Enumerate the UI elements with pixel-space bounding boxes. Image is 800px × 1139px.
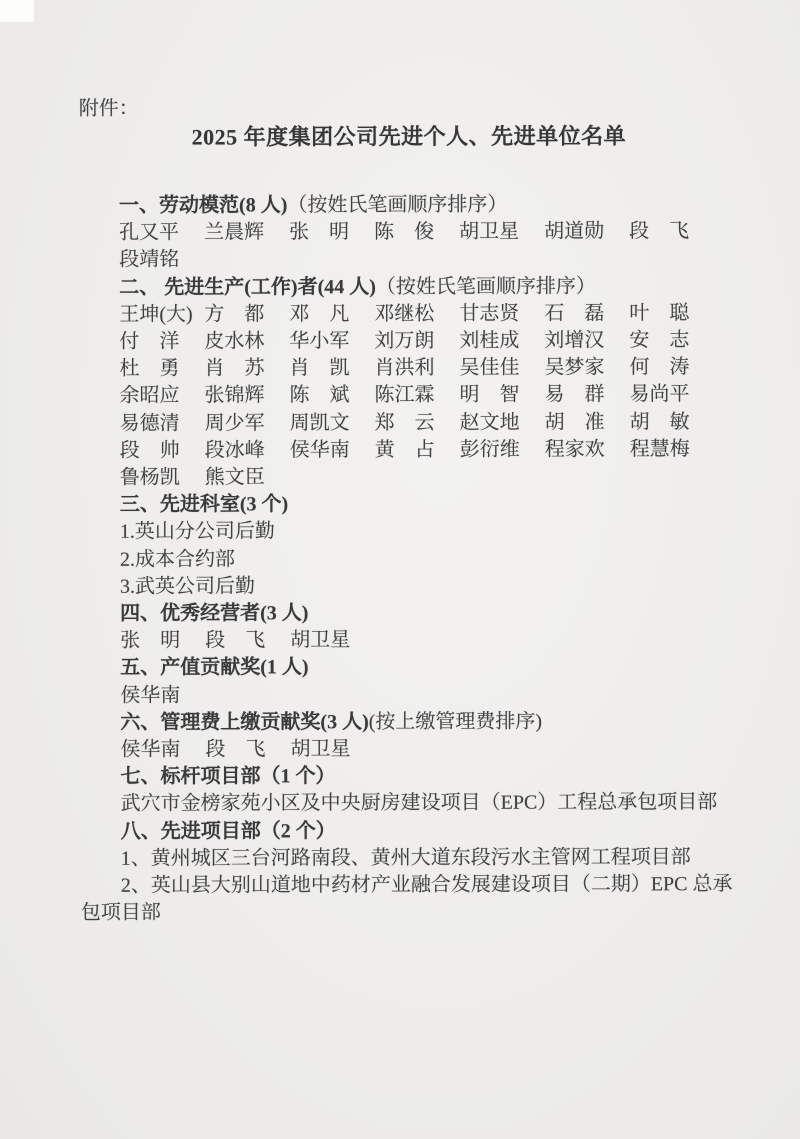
person-name: 华小军	[289, 328, 374, 355]
section-excellent-operators: 四、优秀经营者(3 人) 张 明段 飞胡卫星	[80, 599, 740, 655]
section-labor-models: 一、劳动模范(8 人)（按姓氏笔画顺序排序） 孔又平兰晨辉张 明陈 俊胡卫星胡道…	[79, 191, 739, 274]
body-line: 2.成本合约部	[80, 545, 740, 574]
body-line: 2、英山县大别山道地中药材产业融合发展建设项目（二期）EPC 总承包项目部	[81, 871, 741, 927]
body-line: 1、黄州城区三台河路南段、黄州大道东段污水主管网工程项目部	[81, 844, 741, 873]
person-name: 胡 准	[545, 409, 630, 436]
person-name: 胡卫星	[290, 627, 375, 654]
line-list: 1、黄州城区三台河路南段、黄州大道东段污水主管网工程项目部2、英山县大别山道地中…	[81, 844, 741, 927]
section-heading: 六、管理费上缴贡献奖(3 人)(按上缴管理费排序)	[80, 708, 740, 737]
person-name: 张 明	[289, 219, 374, 246]
person-name: 王坤(大)	[119, 301, 204, 328]
person-name: 皮水林	[204, 328, 289, 355]
heading-bold: 三、先进科室(3 个)	[120, 494, 288, 516]
person-name: 余昭应	[120, 383, 205, 410]
person-name: 赵文地	[460, 409, 545, 436]
heading-suffix: (按上缴管理费排序)	[369, 710, 542, 732]
line-list: 1.英山分公司后勤2.成本合约部3.武英公司后勤	[80, 518, 740, 601]
person-name: 肖 苏	[204, 356, 289, 383]
person-name: 易德清	[120, 410, 205, 437]
body-line: 3.武英公司后勤	[80, 572, 740, 601]
person-name: 侯华南	[120, 737, 205, 764]
person-name: 陈江霖	[375, 382, 460, 409]
heading-suffix: （按姓氏笔画顺序排序）	[376, 275, 596, 298]
line-list: 侯华南	[80, 681, 740, 710]
section-advanced-project-depts: 八、先进项目部（2 个） 1、黄州城区三台河路南段、黄州大道东段污水主管网工程项…	[81, 817, 741, 928]
person-name: 何 涛	[629, 354, 714, 381]
name-row: 段靖铭	[119, 246, 739, 275]
attachment-label: 附件：	[79, 93, 739, 123]
line-list: 武穴市金榜家苑小区及中央厨房建设项目（EPC）工程总承包项目部	[81, 790, 741, 819]
person-name: 段 帅	[120, 437, 205, 464]
heading-bold: 四、优秀经营者(3 人)	[120, 602, 308, 624]
person-name: 黄 占	[375, 437, 460, 464]
person-name: 明 智	[460, 382, 545, 409]
body-line: 侯华南	[80, 681, 740, 710]
person-name: 胡 敏	[630, 409, 715, 436]
name-row: 段 帅段冰峰侯华南黄 占彭衍维程家欢程慧梅	[120, 436, 740, 465]
name-row: 杜 勇肖 苏肖 凯肖洪利吴佳佳吴梦家何 涛	[119, 354, 739, 383]
person-name: 周凯文	[290, 410, 375, 437]
person-name: 兰晨辉	[204, 219, 289, 246]
heading-bold: 六、管理费上缴贡献奖(3 人)	[120, 711, 368, 734]
person-name: 陈 斌	[290, 382, 375, 409]
section-heading: 八、先进项目部（2 个）	[81, 817, 741, 846]
person-name: 刘万朗	[374, 328, 459, 355]
person-name: 胡卫星	[290, 736, 375, 763]
name-row: 余昭应张锦辉陈 斌陈江霖明 智易 群易尚平	[120, 382, 740, 411]
section-heading: 五、产值贡献奖(1 人)	[80, 654, 740, 683]
name-row: 孔又平兰晨辉张 明陈 俊胡卫星胡道勋段 飞	[119, 218, 739, 247]
heading-bold: 八、先进项目部（2 个）	[121, 820, 336, 843]
heading-suffix: （按姓氏笔画顺序排序）	[287, 194, 507, 217]
person-name: 郑 云	[375, 409, 460, 436]
name-row: 鲁杨凯熊文臣	[120, 463, 740, 492]
scanned-document-page: 附件： 2025 年度集团公司先进个人、先进单位名单 一、劳动模范(8 人)（按…	[0, 0, 800, 1139]
heading-bold: 二、 先进生产(工作)者(44 人)	[119, 276, 376, 299]
person-name: 段靖铭	[119, 247, 204, 274]
section-heading: 一、劳动模范(8 人)（按姓氏笔画顺序排序）	[79, 191, 739, 220]
heading-bold: 一、劳动模范(8 人)	[119, 194, 287, 216]
person-name: 侯华南	[290, 437, 375, 464]
section-advanced-producers: 二、 先进生产(工作)者(44 人)（按姓氏笔画顺序排序） 王坤(大)方 都邓 …	[79, 273, 740, 492]
person-name: 鲁杨凯	[120, 465, 205, 492]
person-name: 程家欢	[545, 436, 630, 463]
name-grid: 孔又平兰晨辉张 明陈 俊胡卫星胡道勋段 飞段靖铭	[119, 218, 739, 274]
person-name: 胡道勋	[544, 219, 629, 246]
person-name: 段 飞	[629, 218, 714, 245]
section-heading: 七、标杆项目部（1 个）	[81, 762, 741, 791]
name-row: 易德清周少军周凯文郑 云赵文地胡 准胡 敏	[120, 409, 740, 438]
person-name: 吴梦家	[544, 355, 629, 382]
person-name: 甘志贤	[459, 300, 544, 327]
person-name: 刘增汉	[544, 327, 629, 354]
person-name: 易 群	[545, 382, 630, 409]
name-row: 王坤(大)方 都邓 凡邓继松甘志贤石 磊叶 聪	[119, 300, 739, 329]
name-row: 付 洋皮水林华小军刘万朗刘桂成刘增汉安 志	[119, 327, 739, 356]
person-name: 邓继松	[374, 301, 459, 328]
document-title: 2025 年度集团公司先进个人、先进单位名单	[79, 121, 739, 153]
body-line: 1.英山分公司后勤	[80, 518, 740, 547]
name-grid: 张 明段 飞胡卫星	[120, 626, 740, 655]
person-name: 段冰峰	[205, 437, 290, 464]
name-row: 侯华南段 飞胡卫星	[120, 735, 740, 764]
person-name: 熊文臣	[205, 464, 290, 491]
person-name: 段 飞	[205, 736, 290, 763]
document-body: 附件： 2025 年度集团公司先进个人、先进单位名单 一、劳动模范(8 人)（按…	[0, 0, 800, 1139]
person-name: 周少军	[205, 410, 290, 437]
person-name: 段 飞	[205, 628, 290, 655]
person-name: 杜 勇	[119, 356, 204, 383]
person-name: 石 磊	[544, 300, 629, 327]
person-name: 付 洋	[119, 329, 204, 356]
person-name: 程慧梅	[630, 436, 715, 463]
person-name: 陈 俊	[374, 219, 459, 246]
section-heading: 四、优秀经营者(3 人)	[80, 599, 740, 628]
person-name: 刘桂成	[459, 328, 544, 355]
name-grid: 王坤(大)方 都邓 凡邓继松甘志贤石 磊叶 聪付 洋皮水林华小军刘万朗刘桂成刘增…	[119, 300, 739, 492]
heading-bold: 七、标杆项目部（1 个）	[121, 765, 336, 788]
name-grid: 侯华南段 飞胡卫星	[120, 735, 740, 764]
person-name: 张锦辉	[205, 383, 290, 410]
person-name: 方 都	[204, 301, 289, 328]
person-name: 易尚平	[630, 382, 715, 409]
section-heading: 三、先进科室(3 个)	[80, 490, 740, 519]
name-row: 张 明段 飞胡卫星	[120, 626, 740, 655]
person-name: 肖 凯	[289, 355, 374, 382]
person-name: 孔又平	[119, 220, 204, 247]
person-name: 叶 聪	[629, 300, 714, 327]
heading-bold: 五、产值贡献奖(1 人)	[120, 657, 308, 679]
section-management-fee-award: 六、管理费上缴贡献奖(3 人)(按上缴管理费排序) 侯华南段 飞胡卫星	[80, 708, 740, 764]
person-name: 张 明	[120, 628, 205, 655]
section-output-value-award: 五、产值贡献奖(1 人) 侯华南	[80, 654, 740, 710]
person-name: 吴佳佳	[459, 355, 544, 382]
person-name: 肖洪利	[374, 355, 459, 382]
person-name: 胡卫星	[459, 219, 544, 246]
section-heading: 二、 先进生产(工作)者(44 人)（按姓氏笔画顺序排序）	[79, 273, 739, 302]
person-name: 邓 凡	[289, 301, 374, 328]
body-line: 武穴市金榜家苑小区及中央厨房建设项目（EPC）工程总承包项目部	[81, 790, 741, 819]
person-name: 安 志	[629, 327, 714, 354]
section-advanced-departments: 三、先进科室(3 个) 1.英山分公司后勤2.成本合约部3.武英公司后勤	[80, 490, 740, 601]
section-benchmark-project-dept: 七、标杆项目部（1 个） 武穴市金榜家苑小区及中央厨房建设项目（EPC）工程总承…	[81, 762, 741, 818]
person-name: 彭衍维	[460, 436, 545, 463]
